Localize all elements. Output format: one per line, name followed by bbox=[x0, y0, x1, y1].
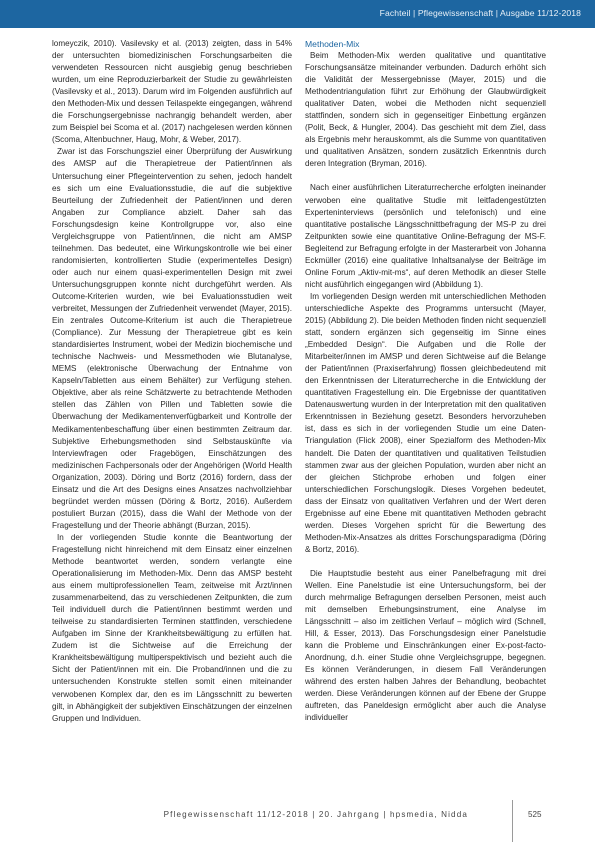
paragraph: Nach einer ausführlichen Literaturrecher… bbox=[305, 182, 546, 290]
paragraph: In der vorliegenden Studie konnte die Be… bbox=[52, 532, 292, 725]
paragraph: Beim Methoden-Mix werden qualitative und… bbox=[305, 50, 546, 170]
header-title: Fachteil | Pflegewissenschaft | Ausgabe … bbox=[380, 8, 581, 18]
section-heading: Methoden-Mix bbox=[305, 38, 546, 50]
footer-journal-info: Pflegewissenschaft 11/12-2018 | 20. Jahr… bbox=[150, 810, 468, 819]
paragraph: Im vorliegenden Design werden mit unters… bbox=[305, 291, 546, 556]
paragraph: Die Hauptstudie besteht aus einer Panelb… bbox=[305, 568, 546, 725]
right-column: Methoden-Mix Beim Methoden-Mix werden qu… bbox=[305, 38, 546, 725]
page-number: 525 bbox=[528, 810, 542, 819]
footer-divider bbox=[512, 800, 513, 842]
header-bar: Fachteil | Pflegewissenschaft | Ausgabe … bbox=[0, 0, 595, 28]
left-column: lomeyczik, 2010). Vasilevsky et al. (201… bbox=[52, 38, 292, 725]
paragraph: lomeyczik, 2010). Vasilevsky et al. (201… bbox=[52, 38, 292, 146]
paragraph: Zwar ist das Forschungsziel einer Überpr… bbox=[52, 146, 292, 532]
